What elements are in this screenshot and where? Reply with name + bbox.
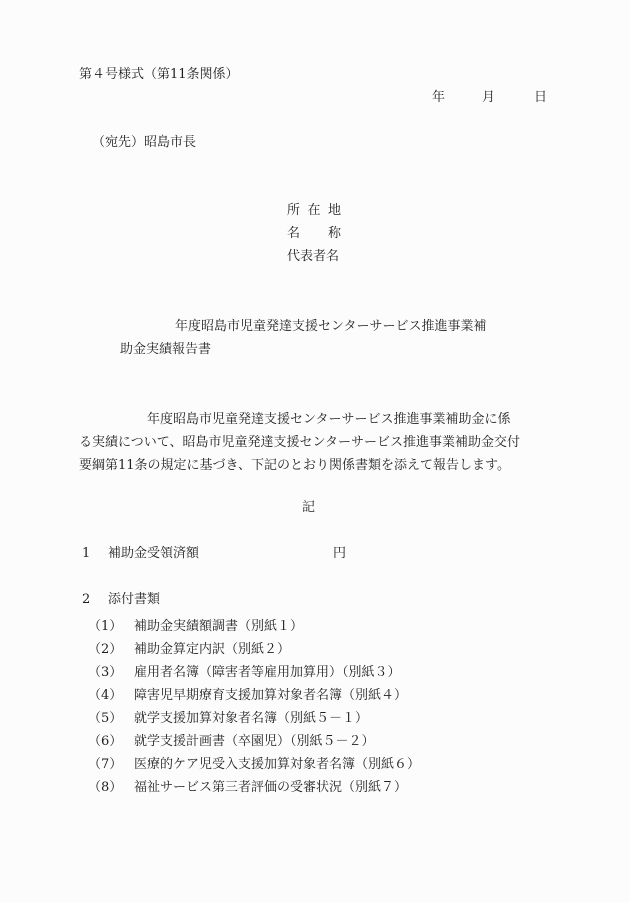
name-label: 名称	[287, 227, 341, 240]
document-title-line-1: 年度昭島市児童発達支援センターサービス推進事業補	[175, 320, 486, 333]
attachment-number: （3）	[88, 661, 134, 684]
attachment-item: （8）福祉サービス第三者評価の受審状況（別紙７）	[88, 776, 420, 799]
item-1-label: 補助金受領済額	[108, 547, 333, 560]
ki-heading: 記	[302, 501, 315, 514]
attachment-number: （7）	[88, 753, 134, 776]
representative-label: 代表者名	[287, 249, 339, 264]
item-1-unit: 円	[333, 546, 346, 561]
attachment-item: （6）就学支援計画書（卒園児）（別紙５－２）	[88, 730, 420, 753]
attachment-item: （1）補助金実績額調書（別紙１）	[88, 615, 420, 638]
attachment-number: （1）	[88, 615, 134, 638]
attachment-item: （4）障害児早期療育支援加算対象者名簿（別紙４）	[88, 684, 420, 707]
date-line: 年月日	[432, 91, 547, 104]
attachment-number: （8）	[88, 776, 134, 799]
item-subsidy-received: 1補助金受領済額円	[82, 547, 346, 560]
document-title-line-2: 助金実績報告書	[120, 343, 211, 356]
form-number: 第４号様式（第11条関係）	[79, 68, 239, 81]
date-year-label: 年	[432, 91, 482, 104]
attachment-item: （3）雇用者名簿（障害者等雇用加算用）（別紙３）	[88, 661, 420, 684]
attachment-number: （2）	[88, 638, 134, 661]
addressee: （宛先）昭島市長	[92, 136, 196, 149]
attachment-label: 補助金算定内訳（別紙２）	[134, 642, 290, 657]
attachment-item: （2）補助金算定内訳（別紙２）	[88, 638, 420, 661]
date-month-label: 月	[482, 91, 534, 104]
attachment-item: （5）就学支援加算対象者名簿（別紙５－１）	[88, 707, 420, 730]
attachment-label: 医療的ケア児受入支援加算対象者名簿（別紙６）	[134, 757, 420, 772]
item-2-number: 2	[82, 593, 108, 606]
date-day-label: 日	[534, 91, 547, 104]
item-attachments-heading: 2添付書類	[82, 593, 160, 606]
applicant-block: 所在地 名称 代表者名	[287, 204, 341, 273]
body-line-2: る実績について、昭島市児童発達支援センターサービス推進事業補助金交付	[79, 431, 549, 454]
body-line-3: 要綱第11条の規定に基づき、下記のとおり関係書類を添えて報告します。	[79, 454, 549, 477]
item-1-number: 1	[82, 547, 108, 560]
body-paragraph: 年度昭島市児童発達支援センターサービス推進事業補助金に係 る実績について、昭島市…	[79, 408, 549, 477]
attachment-list: （1）補助金実績額調書（別紙１） （2）補助金算定内訳（別紙２） （3）雇用者名…	[88, 615, 420, 799]
attachment-number: （5）	[88, 707, 134, 730]
attachment-label: 就学支援加算対象者名簿（別紙５－１）	[134, 711, 368, 726]
attachment-number: （4）	[88, 684, 134, 707]
attachment-label: 雇用者名簿（障害者等雇用加算用）（別紙３）	[134, 665, 401, 680]
attachment-number: （6）	[88, 730, 134, 753]
address-label: 所在地	[287, 204, 341, 217]
item-2-label: 添付書類	[108, 592, 160, 607]
attachment-label: 障害児早期療育支援加算対象者名簿（別紙４）	[134, 688, 407, 703]
attachment-label: 補助金実績額調書（別紙１）	[134, 619, 303, 634]
attachment-label: 福祉サービス第三者評価の受審状況（別紙７）	[134, 780, 407, 795]
attachment-item: （7）医療的ケア児受入支援加算対象者名簿（別紙６）	[88, 753, 420, 776]
body-line-1: 年度昭島市児童発達支援センターサービス推進事業補助金に係	[79, 408, 549, 431]
attachment-label: 就学支援計画書（卒園児）（別紙５－２）	[134, 734, 375, 749]
